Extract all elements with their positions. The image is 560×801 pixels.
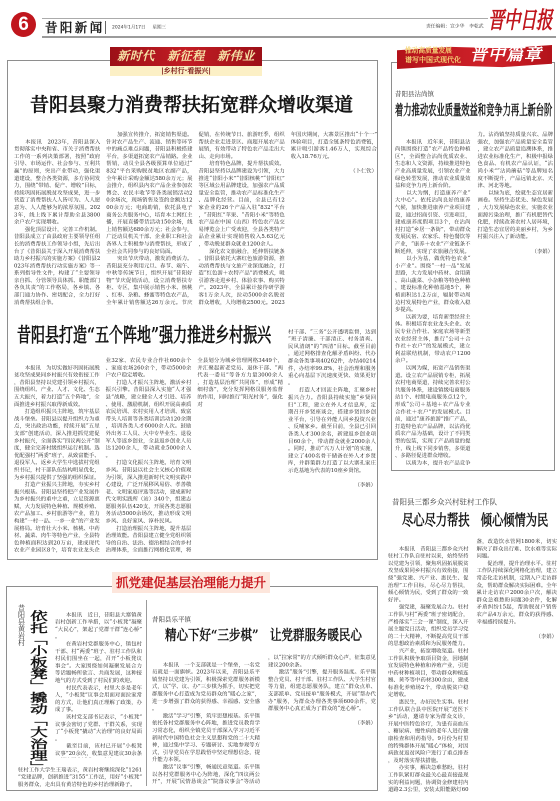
article-text: 本报讯 2023年，昔阳县深入贯彻落实中央和省、市关于消费帮扶工作的一系列决策部… — [14, 131, 377, 307]
article-kicker: 昔阳县乐平镇 — [152, 616, 191, 624]
article-headline-small-stool[interactable]: 依托「小板凳」撬动「大治理」 — [30, 610, 48, 772]
article-body-five-fronts-part2: 村干部、“三务”公开透明监督，达到“班子清廉、干部清正、村务清爽、民风清朗”的“… — [288, 321, 376, 556]
article-body-five-fronts-part1: 本报讯 为切实做好巩固拓展脱贫攻坚成果同乡村振兴有效衔接工作，昔阳县坚持以党建引… — [14, 357, 283, 555]
article-headline-consumption-aid[interactable]: 昔阳县聚力消费帮扶拓宽群众增收渠道 — [30, 94, 353, 116]
article-byline: （李娟） — [478, 248, 554, 255]
section-name: 昔阳新闻 — [45, 20, 105, 35]
ribbon-slogan-line1: 推动高质量发展 — [405, 47, 452, 55]
article-byline: （李娟） — [477, 633, 558, 640]
article-byline: （卜仁钦） — [291, 167, 377, 174]
campaign-subbanner: |乡村行·看振兴| — [110, 66, 262, 76]
campaign-subbanner-text: |乡村行·看振兴| — [110, 66, 262, 76]
article-byline: （李娟） — [288, 482, 376, 489]
article-kicker: 昔阳县三都乡众兴村驻村工作队 — [392, 498, 497, 506]
issue-date-line: 2024年1月17日星期三 — [112, 25, 166, 30]
section-header: 抓党建促基层治理能力提升 — [112, 572, 270, 593]
issue-date: 2024年1月17日 — [112, 25, 146, 30]
article-body-small-stool-part1: 本报讯 近日，昔阳县大寨镇黄岩村创新工作举措，以“小板凳”凝聚“大民心”，架起了… — [55, 604, 142, 758]
article-headline-three-moves[interactable]: 精心下好“三步棋” 让党群服务暖民心 — [165, 628, 362, 645]
article-body-consumption-aid: 本报讯 2023年，昔阳县深入贯彻落实中央和省、市关于消费帮扶工作的一系列决策部… — [14, 131, 377, 307]
article-headline-village-team[interactable]: 尽心尽力帮扶 倾心倾情为民 — [402, 511, 548, 529]
article-body-small-stool-part2: 驻村工作大学生王瑞表示，黄岩村将继续深化“1261”党建品牌，创新推进“3155… — [18, 759, 142, 789]
masthead-divider — [105, 21, 106, 34]
ribbon-slogan-line2: 谱写中国式现代化 — [405, 56, 461, 64]
article-headline-agriculture[interactable]: 着力推动农业质量效益和竞争力再上新台阶 — [395, 103, 552, 119]
column-divider — [146, 600, 147, 786]
newspaper-logo: 晋中日报 — [488, 7, 552, 34]
article-kicker: 昔阳县沾尚镇 — [395, 91, 434, 98]
article-kicker: 昔阳县黄岩村 — [17, 604, 25, 646]
article-body-village-team: 本报讯 昔阳县三都乡众兴村驻村工作队自驻村以来，始终坚持以党建为引领，聚焦巩固拓… — [388, 538, 557, 794]
article-text: 村干部、“三务”公开透明监督，达到“班子清廉、干部清正、村务清爽、民风清朗”的“… — [288, 328, 376, 474]
campaign-banner: 新时代 新征程 新伟业 — [110, 47, 262, 66]
article-text: 本报讯 近年来，昔阳县沾尚镇围绕打造“农产品特色种植区”，全面整合沾尚优质农业、… — [395, 131, 553, 467]
newspaper-page: 6 昔阳新闻 2024年1月17日星期三 责任编辑：宣少华 李乾武 晋中日报 新… — [0, 0, 560, 801]
article-text: 驻村工作大学生王瑞表示，黄岩村将继续深化“1261”党建品牌，创新推进“3155… — [18, 766, 142, 788]
page-number-badge: 6 — [11, 12, 36, 37]
article-body-agriculture: 本报讯 近年来，昔阳县沾尚镇围绕打造“农产品特色种植区”，全面整合沾尚优质农业、… — [395, 131, 553, 467]
article-text: 本报讯 为切实做好巩固拓展脱贫攻坚成果同乡村振兴有效衔接工作，昔阳县坚持以党建引… — [14, 357, 283, 555]
article-body-three-moves: 本报讯 一个支部就是一个堡垒，一名党员就是一面旗帜。2023年以来，昔阳县乐平镇… — [152, 654, 376, 787]
masthead-top-rule — [42, 18, 488, 19]
article-headline-five-fronts[interactable]: 昔阳县打造“五个阵地”强力推进乡村振兴 — [17, 326, 271, 347]
ribbon-emblem-text: 晋中篇章 — [470, 45, 542, 66]
masthead-bottom-rule — [42, 36, 556, 38]
article-text: 本报讯 近日，昔阳县大寨镇黄岩村创新工作举措，以“小板凳”凝聚“大民心”，架起了… — [55, 611, 142, 758]
editors-credit: 责任编辑：宣少华 李乾武 — [426, 24, 484, 29]
article-byline: （李娟） — [268, 720, 376, 727]
article-text: 本报讯 昔阳县三都乡众兴村驻村工作队自驻村以来，始终坚持以党建为引领，聚焦巩固拓… — [388, 538, 557, 794]
issue-weekday: 星期三 — [153, 25, 167, 30]
